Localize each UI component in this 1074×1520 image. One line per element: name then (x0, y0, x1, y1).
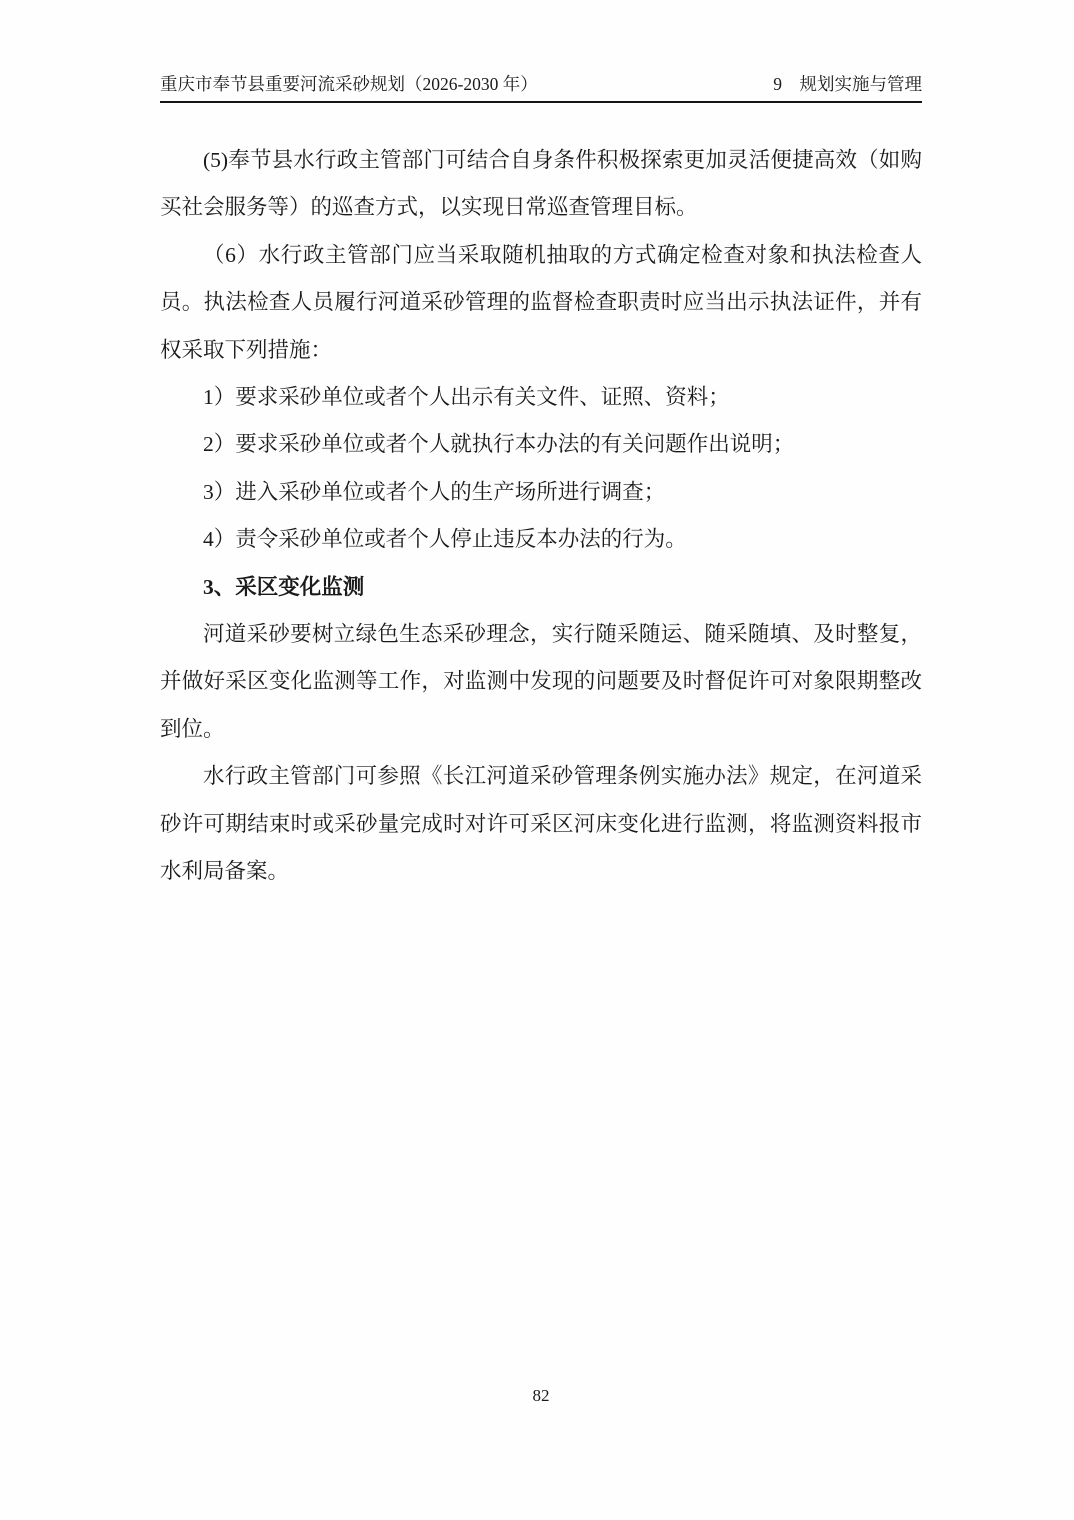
paragraph-item-6: （6）水行政主管部门应当采取随机抽取的方式确定检查对象和执法检查人员。执法检查人… (160, 232, 922, 374)
document-page: 重庆市奉节县重要河流采砂规划（2026-2030 年） 9 规划实施与管理 (5… (0, 0, 1074, 1520)
section-heading: 3、采区变化监测 (160, 564, 922, 611)
list-item-1: 1）要求采砂单位或者个人出示有关文件、证照、资料； (160, 374, 922, 421)
header-chapter-title: 9 规划实施与管理 (773, 72, 922, 96)
page-number: 82 (533, 1386, 550, 1405)
page-footer: 82 (160, 1384, 922, 1408)
list-item-4: 4）责令采砂单位或者个人停止违反本办法的行为。 (160, 516, 922, 563)
page-header: 重庆市奉节县重要河流采砂规划（2026-2030 年） 9 规划实施与管理 (160, 72, 922, 103)
header-doc-title: 重庆市奉节县重要河流采砂规划（2026-2030 年） (160, 72, 538, 96)
paragraph-item-5: (5)奉节县水行政主管部门可结合自身条件积极探索更加灵活便捷高效（如购买社会服务… (160, 137, 922, 232)
paragraph-monitoring: 河道采砂要树立绿色生态采砂理念，实行随采随运、随采随填、及时整复，并做好采区变化… (160, 611, 922, 753)
paragraph-reference: 水行政主管部门可参照《长江河道采砂管理条例实施办法》规定，在河道采砂许可期结束时… (160, 753, 922, 895)
list-item-2: 2）要求采砂单位或者个人就执行本办法的有关问题作出说明； (160, 421, 922, 468)
document-body: (5)奉节县水行政主管部门可结合自身条件积极探索更加灵活便捷高效（如购买社会服务… (160, 137, 922, 896)
list-item-3: 3）进入采砂单位或者个人的生产场所进行调查； (160, 469, 922, 516)
